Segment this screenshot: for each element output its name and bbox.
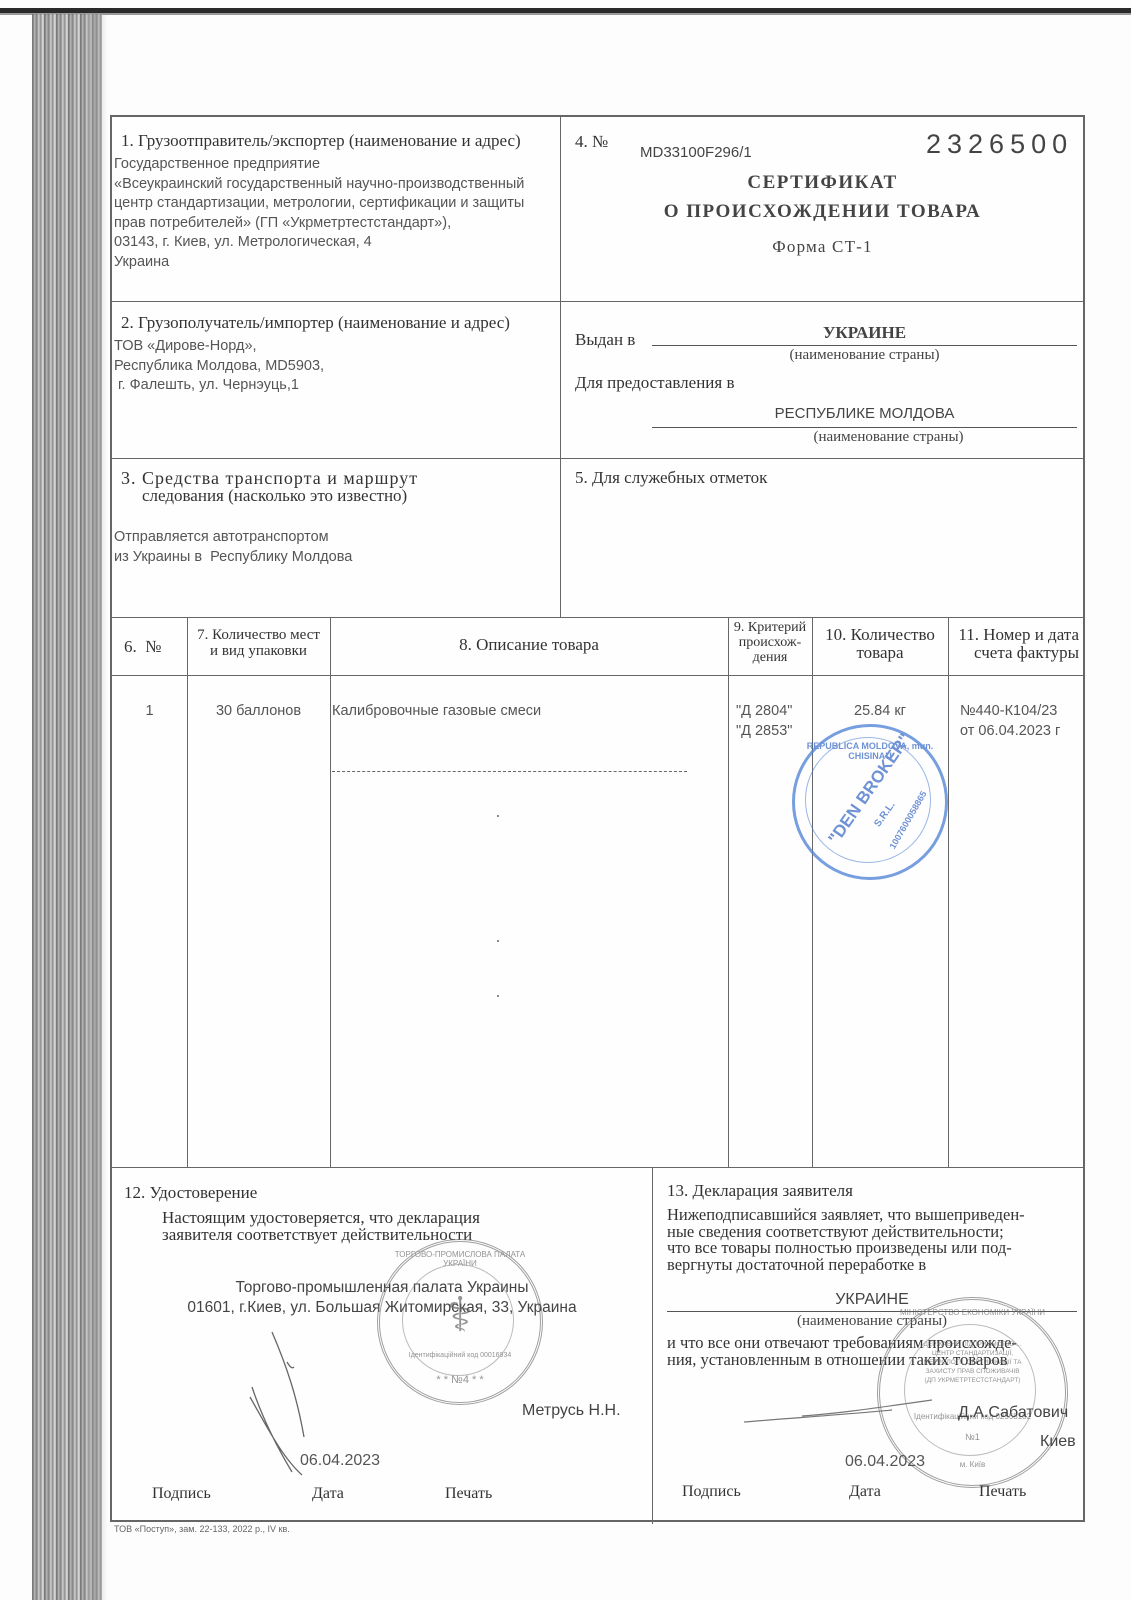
box1-label: 1. Грузоотправитель/экспортер (наименова…: [121, 131, 521, 151]
issued-in-label: Выдан в: [575, 330, 635, 350]
header-packages: 7. Количество мест и вид упаковки: [187, 627, 330, 659]
box12-text: Настоящим удостоверяется, что декларация…: [162, 1209, 480, 1243]
row-description: Калибровочные газовые смеси: [332, 702, 541, 722]
transport-line: из Украины в Республику Молдова: [114, 548, 352, 568]
box5-label: 5. Для служебных отметок: [575, 468, 767, 488]
printer-imprint: ТОВ «Поступ», зам. 22-133, 2022 р., IV к…: [114, 1524, 290, 1534]
header-description: 8. Описание товара: [330, 635, 728, 655]
box4-label: 4. №: [575, 132, 608, 152]
box5-official-notes: 5. Для служебных отметок: [560, 458, 1085, 617]
header-criterion-l1: 9. Критерий: [728, 620, 812, 635]
shipper-address: Государственное предприятие «Всеукраинск…: [114, 155, 524, 272]
box12-certification: 12. Удостоверение Настоящим удостоверяет…: [112, 1167, 652, 1524]
box2-label: 2. Грузополучатель/импортер (наименовани…: [121, 313, 510, 333]
shipper-line: центр стандартизации, метрологии, сертиф…: [114, 194, 524, 214]
chamber-stamp-ring-text: ТОРГОВО-ПРОМИСЛОВА ПАЛАТА УКРАЇНИ: [380, 1250, 540, 1268]
box13-declaration: 13. Декларация заявителя Нижеподписавший…: [652, 1167, 1085, 1524]
row-invoice: №440-К104/23 от 06.04.2023 г: [960, 702, 1060, 741]
box12-seal-label: Печать: [445, 1485, 492, 1503]
box13-date-label: Дата: [849, 1483, 881, 1501]
box1-shipper: 1. Грузоотправитель/экспортер (наименова…: [112, 117, 560, 301]
row-invoice-l2: от 06.04.2023 г: [960, 722, 1060, 742]
box13-label: 13. Декларация заявителя: [667, 1181, 853, 1201]
chamber-stamp-code: Ідентифікаційний код 00016934: [380, 1352, 540, 1359]
chamber-signer: Метрусь Н.Н.: [522, 1402, 621, 1420]
signature-2: [742, 1392, 942, 1432]
form-type: Форма СТ-1: [560, 237, 1085, 257]
consignee-line: ТОВ «Дирове-Норд»,: [114, 337, 324, 357]
issued-country-hint: (наименование страны): [652, 347, 1077, 364]
header-quantity-l2: товара: [812, 644, 948, 662]
box12-signature-label: Подпись: [152, 1485, 211, 1503]
issued-underline: [652, 345, 1077, 346]
box12-date-label: Дата: [312, 1485, 344, 1503]
row-criterion-l2: "Д 2853": [736, 722, 792, 742]
chamber-stamp: ТОРГОВО-ПРОМИСЛОВА ПАЛАТА УКРАЇНИ ⚕ Іден…: [377, 1239, 543, 1405]
row-packages: 30 баллонов: [187, 702, 330, 722]
box4-certificate-header: 4. № MD33100F296/1 2326500 СЕРТИФИКАТ О …: [560, 117, 1085, 301]
box13-text-line: вергнуты достаточной переработке в: [667, 1257, 1025, 1274]
transport-route: Отправляется автотранспортом из Украины …: [114, 528, 352, 567]
stray-dot: [497, 995, 499, 997]
header-packages-l2: и вид упаковки: [187, 643, 330, 659]
row-criterion-l1: "Д 2804": [736, 702, 792, 722]
row-quantity: 25.84 кг: [812, 702, 948, 722]
box12-text-l1: Настоящим удостоверяется, что декларация: [162, 1209, 480, 1226]
issued-country: УКРАИНЕ: [652, 323, 1077, 343]
row-criterion: "Д 2804" "Д 2853": [736, 702, 792, 741]
declarant-city: Киев: [1040, 1433, 1076, 1451]
header-criterion-l2: происхож-: [728, 635, 812, 650]
certificate-number: MD33100F296/1: [640, 143, 752, 163]
stray-dot: [497, 940, 499, 942]
stamp-ring-text: REPUBLICA MOLDOVA, mun. CHISINAU: [795, 741, 945, 761]
header-criterion: 9. Критерий происхож- дения: [728, 620, 812, 665]
header-criterion-l3: дения: [728, 650, 812, 665]
stray-dot: [497, 815, 499, 817]
den-broker-stamp: REPUBLICA MOLDOVA, mun. CHISINAU "DEN BR…: [792, 724, 948, 880]
consignee-line: г. Фалешть, ул. Чернэуць,1: [114, 376, 324, 396]
box12-label: 12. Удостоверение: [124, 1183, 257, 1203]
scan-left-edge-fade: [88, 14, 108, 1600]
box13-date: 06.04.2023: [845, 1453, 925, 1471]
box13-seal-label: Печать: [979, 1483, 1026, 1501]
header-quantity-l1: 10. Количество: [812, 626, 948, 644]
shipper-line: 03143, г. Киев, ул. Метрологическая, 4: [114, 233, 524, 253]
issued-in-section: Выдан в УКРАИНЕ (наименование страны) Дл…: [560, 301, 1085, 458]
box12-text-l2: заявителя соответствует действительности: [162, 1226, 480, 1243]
shipper-line: «Всеукраинский государственный научно-пр…: [114, 175, 524, 195]
shipper-line: Государственное предприятие: [114, 155, 524, 175]
box2-consignee: 2. Грузополучатель/импортер (наименовани…: [112, 301, 560, 458]
header-invoice-l1: 11. Номер и дата: [948, 626, 1085, 644]
ministry-stamp-number: №1: [880, 1432, 1065, 1442]
for-country: РЕСПУБЛИКЕ МОЛДОВА: [652, 404, 1077, 424]
header-no: 6. №: [124, 637, 161, 657]
box12-date: 06.04.2023: [300, 1452, 380, 1470]
caduceus-icon: ⚕: [435, 1287, 485, 1343]
consignee-address: ТОВ «Дирове-Норд», Республика Молдова, M…: [114, 337, 324, 396]
description-end-line: [332, 771, 687, 772]
shipper-line: Украина: [114, 253, 524, 273]
transport-line: Отправляется автотранспортом: [114, 528, 352, 548]
header-quantity: 10. Количество товара: [812, 626, 948, 662]
ministry-stamp-ring-text: МІНІСТЕРСТВО ЕКОНОМІКИ УКРАЇНИ: [880, 1308, 1065, 1317]
table-header: 6. № 7. Количество мест и вид упаковки 8…: [112, 617, 1085, 675]
certificate-serial: 2326500: [926, 129, 1073, 160]
for-country-hint: (наименование страны): [700, 429, 1077, 446]
header-invoice: 11. Номер и дата счета фактуры: [948, 626, 1085, 662]
scan-top-border-shade: [0, 13, 1131, 15]
row-invoice-l1: №440-К104/23: [960, 702, 1060, 722]
ministry-stamp-center: ДЕРЖАВНЕ ПІДПРИЄМСТВО ... ЦЕНТР СТАНДАРТ…: [920, 1340, 1025, 1385]
box13-text: Нижеподписавшийся заявляет, что вышеприв…: [667, 1207, 1025, 1273]
for-label: Для предоставления в: [575, 373, 735, 393]
chamber-stamp-number: * * №4 * *: [380, 1374, 540, 1386]
header-invoice-l2: счета фактуры: [948, 644, 1085, 662]
box13-signature-label: Подпись: [682, 1483, 741, 1501]
certificate-subtitle: О ПРОИСХОЖДЕНИИ ТОВАРА: [560, 201, 1085, 223]
certificate-form: 1. Грузоотправитель/экспортер (наименова…: [110, 115, 1085, 1522]
header-packages-l1: 7. Количество мест: [187, 627, 330, 643]
for-underline: [652, 427, 1077, 428]
consignee-line: Республика Молдова, MD5903,: [114, 357, 324, 377]
box3-transport: 3. Средства транспорта и маршрут следова…: [112, 458, 560, 617]
row-no: 1: [112, 702, 187, 722]
shipper-line: прав потребителей» (ГП «Укрметртестстанд…: [114, 214, 524, 234]
certificate-title: СЕРТИФИКАТ: [560, 172, 1085, 194]
declarant-signer: Д.А.Сабатович: [958, 1404, 1068, 1422]
box3-label-line2: следования (насколько это известно): [142, 486, 407, 506]
